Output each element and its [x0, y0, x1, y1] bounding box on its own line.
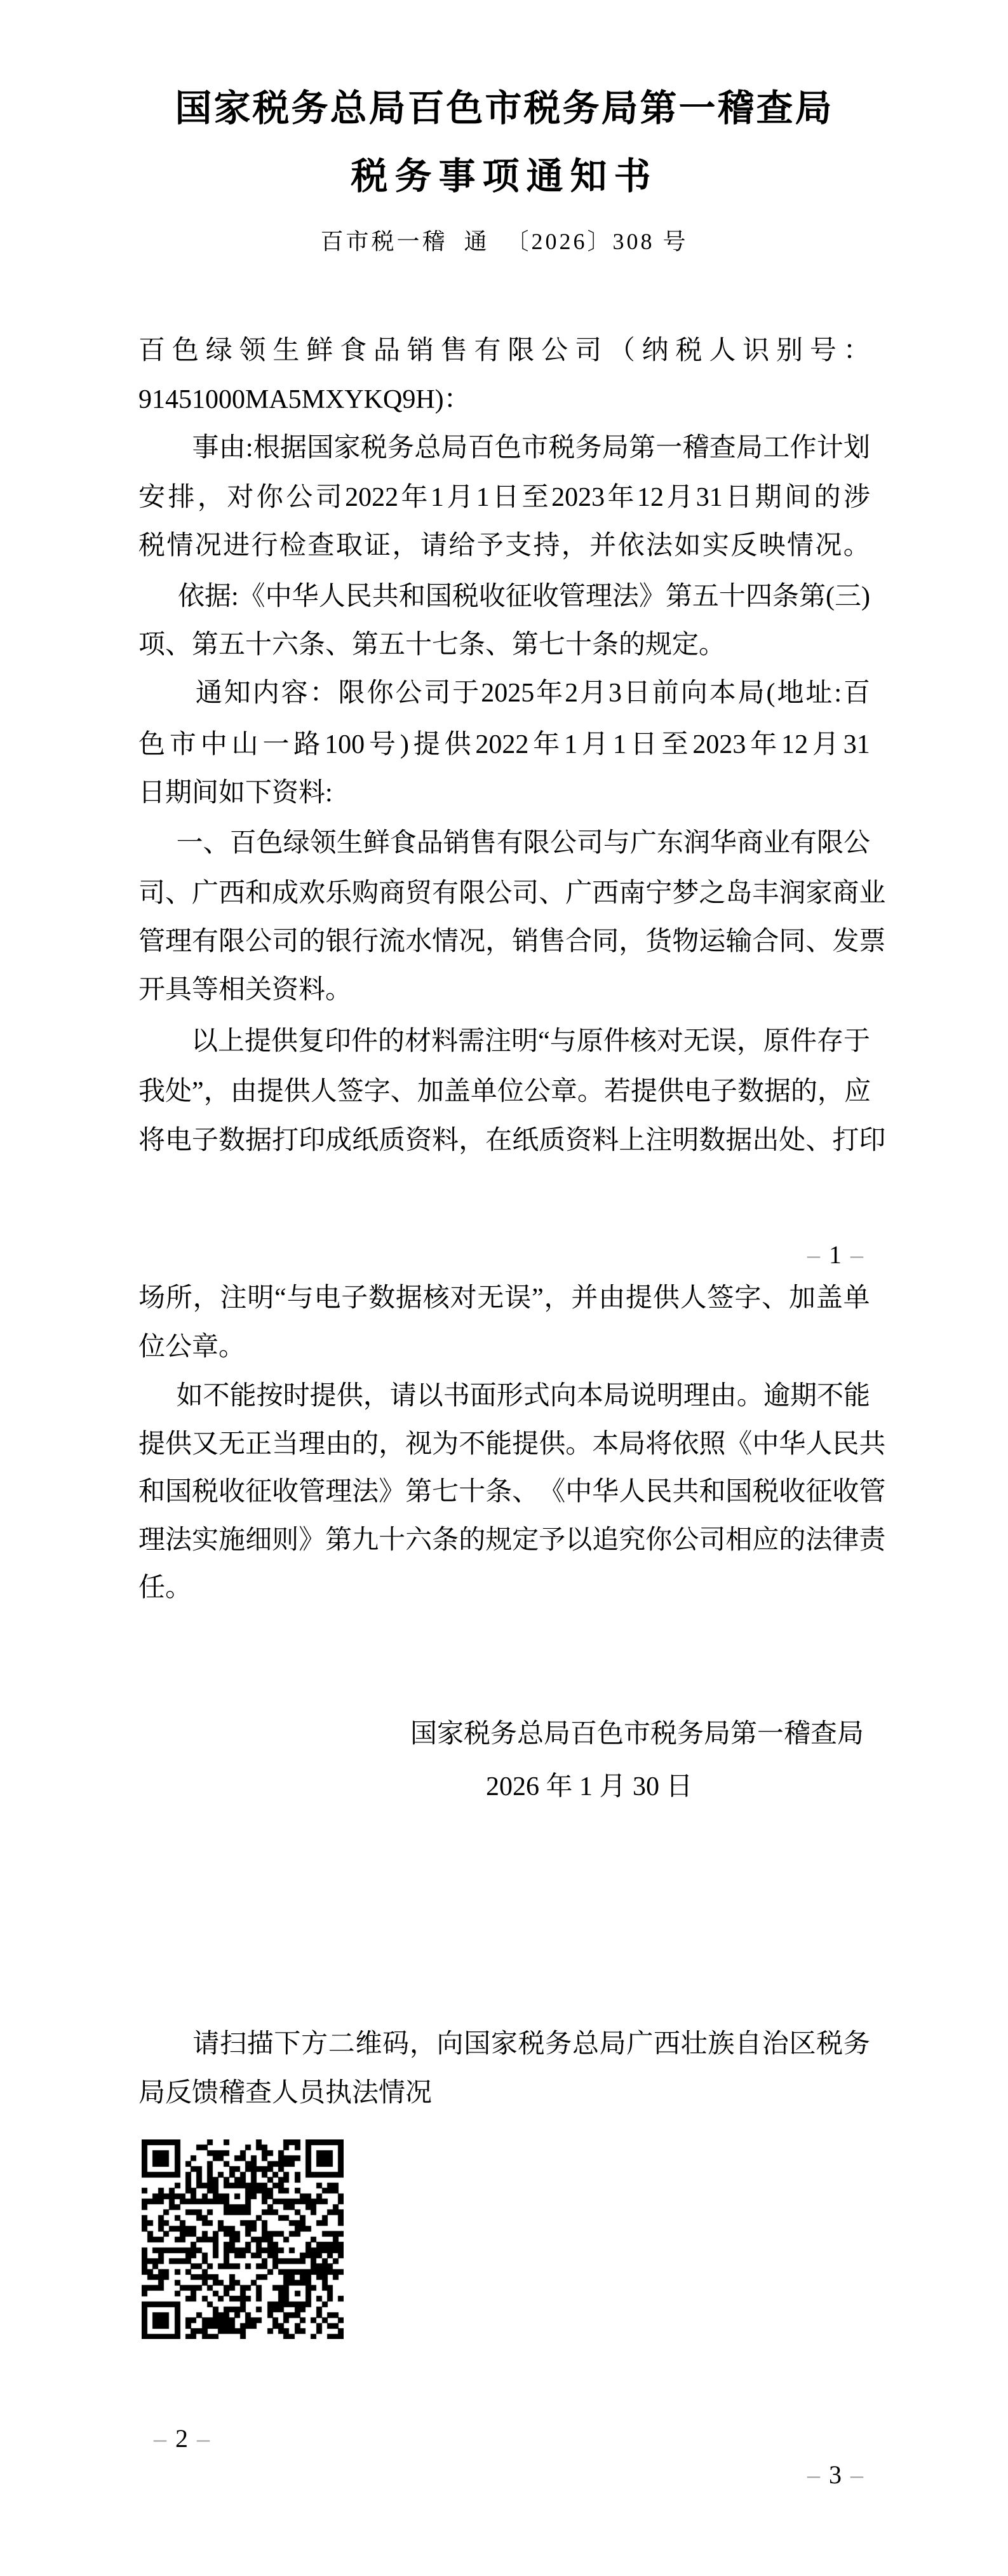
text-run: 件 [603, 1025, 630, 1058]
text-run: 规 [485, 1524, 512, 1557]
text-run: 存 [817, 1025, 843, 1058]
text-run: 同 [592, 925, 619, 958]
document-number: 百市税一稽 通 〔2026〕308 号 [138, 227, 870, 255]
text-run: 内 [253, 677, 279, 710]
indent-space [138, 2051, 165, 2052]
text-run: 容 [281, 677, 308, 710]
text-run: 国 [426, 580, 452, 613]
text-run: 公 [550, 827, 577, 860]
text-run: 国 [165, 1475, 192, 1508]
text-run: 以 [417, 1380, 443, 1413]
text-run: ， [198, 481, 224, 514]
text-run: 色 [495, 431, 521, 464]
text-run: 的 [459, 1524, 485, 1557]
indent-space [166, 2051, 192, 2052]
text-run: 维 [355, 2028, 382, 2061]
text-run: 治 [762, 2028, 789, 2061]
text-run: 材 [405, 1025, 431, 1058]
text-run: 章 [551, 1075, 577, 1108]
text-run: 运 [699, 925, 725, 958]
page-number-dash: – [850, 2460, 863, 2489]
text-run: 成 [325, 1124, 352, 1157]
text-run: 的 [378, 1025, 405, 1058]
text-run: ) [400, 728, 409, 761]
text-run: 民 [346, 580, 372, 613]
text-run: 绿 [283, 827, 310, 860]
text-run: 六 [405, 1524, 432, 1557]
text-run: 2 [565, 677, 578, 710]
text-run: 公 [524, 1075, 551, 1108]
text-run: 原 [577, 1025, 603, 1058]
text-run: 家 [334, 431, 361, 464]
indent-space [158, 850, 177, 851]
text-run: 依 [672, 1428, 699, 1461]
document-line: 91451000MA5MXYKQ9H)： [138, 383, 870, 416]
document-line: 位公章。 [138, 1331, 870, 1364]
indent-space [165, 1048, 191, 1050]
text-run: 共 [859, 1428, 885, 1461]
text-run: 你 [645, 1524, 672, 1557]
text-run: 据 [764, 1075, 791, 1108]
text-run: 31 [843, 728, 870, 761]
text-run: 能 [230, 1380, 257, 1413]
text-run: 局 [736, 431, 763, 464]
text-run: 供 [337, 1380, 363, 1413]
text-run: 司 [577, 827, 603, 860]
indent-space [138, 700, 165, 702]
text-run: 取 [336, 529, 363, 562]
text-run: 西 [592, 877, 619, 910]
text-run: “ [274, 1282, 286, 1315]
text-run: 》 [379, 1475, 405, 1508]
text-run: 东 [657, 827, 683, 860]
text-run: 、 [165, 877, 192, 910]
text-run: ， [561, 529, 588, 562]
indent-space [138, 604, 158, 605]
text-run: 有 [192, 925, 218, 958]
text-run: 局 [619, 1428, 645, 1461]
text-run: 明 [672, 1124, 699, 1157]
text-run: 由 [598, 1282, 625, 1315]
text-run: 司 [272, 925, 299, 958]
text-run: 则 [272, 1524, 299, 1557]
text-run: 欢 [299, 877, 325, 910]
page-number-2: –2– [128, 2424, 236, 2453]
text-run: 理 [165, 925, 192, 958]
text-run: 领 [310, 827, 337, 860]
text-run: 能 [485, 1428, 512, 1461]
text-run: 共 [672, 1475, 699, 1508]
text-run: 第 [666, 580, 692, 613]
text-run: 情 [787, 529, 814, 562]
page-number-value: 1 [820, 1240, 850, 1269]
text-run: 宁 [645, 877, 672, 910]
text-run: ” [532, 1282, 544, 1315]
text-run: 本 [577, 1380, 603, 1413]
text-run: 有 [474, 334, 501, 367]
text-run: 之 [699, 877, 725, 910]
text-run: 第 [629, 431, 655, 464]
text-run: 乐 [325, 877, 352, 910]
text-run: 位 [497, 1075, 524, 1108]
text-run: 。 [737, 1380, 763, 1413]
text-run: : [246, 431, 253, 464]
text-run: 物 [672, 925, 699, 958]
text-run: 根 [253, 431, 280, 464]
text-run: 无 [683, 1025, 710, 1058]
text-run: 鲜 [306, 334, 333, 367]
text-run: 况 [195, 529, 222, 562]
text-run: 有 [497, 827, 523, 860]
text-run: 百 [843, 677, 870, 710]
indent-space [167, 700, 194, 702]
text-run: 公 [245, 925, 272, 958]
text-run: 税 [548, 431, 575, 464]
text-run: 限 [459, 877, 485, 910]
text-run: 签 [337, 1075, 364, 1108]
text-run: 纳 [642, 334, 669, 367]
text-run: 号 [810, 334, 837, 367]
text-run: 场 [138, 1282, 165, 1315]
text-run: 第 [799, 580, 826, 613]
text-run: 我 [138, 1075, 165, 1108]
text-run: 贸 [405, 877, 432, 910]
text-run: ， [817, 1075, 844, 1108]
text-run: 人 [805, 1428, 832, 1461]
text-run: 局 [441, 431, 467, 464]
text-run: 查 [307, 529, 334, 562]
text-run: 料 [592, 1124, 619, 1157]
text-run: 司 [575, 334, 601, 367]
document-line: 安排，对你公司2022年1月1日至2023年12月31日期间的涉 [138, 481, 870, 514]
text-run: 提 [626, 1282, 652, 1315]
text-run: 司 [316, 481, 342, 514]
text-run: 地 [777, 677, 803, 710]
text-run: 生 [337, 827, 363, 860]
text-run: 别 [776, 334, 803, 367]
text-run: 华 [592, 1475, 619, 1508]
text-run: 公 [541, 334, 568, 367]
text-run: 至 [662, 728, 689, 761]
text-run: 限 [218, 925, 245, 958]
text-run: 一 [655, 431, 682, 464]
text-run: 加 [789, 1282, 816, 1315]
text-run: 年 [533, 728, 560, 761]
text-run: 税 [752, 1475, 779, 1508]
text-run: 质 [539, 1124, 565, 1157]
text-run: 电 [684, 1075, 711, 1108]
text-run: 据 [205, 580, 231, 613]
text-run: 予 [539, 1524, 565, 1557]
text-run: 市 [170, 728, 196, 761]
text-run: 提 [631, 1075, 657, 1108]
text-run: 责 [859, 1524, 885, 1557]
document-line: 和国税收征收管理法》第七十条、《中华人民共和国税收征收管 [138, 1475, 870, 1508]
text-run: 区 [789, 2028, 816, 2061]
text-run: 码 [382, 2028, 409, 2061]
text-run: 食 [340, 334, 366, 367]
text-run: 相 [725, 1524, 752, 1557]
text-run: 方 [301, 2028, 328, 2061]
document-line: 将电子数据打印成纸质资料，在纸质资料上注明数据出处、打印 [138, 1124, 870, 1157]
text-run: 的 [791, 1075, 817, 1108]
document-line: 一、百色绿领生鲜食品销售有限公司与广东润华商业有限公 [138, 827, 870, 860]
text-run: 识 [743, 334, 769, 367]
text-run: 给 [448, 529, 475, 562]
text-run: 华 [292, 580, 319, 613]
text-run: 润 [779, 877, 805, 910]
text-run: 鲜 [363, 827, 390, 860]
document-line: 提供又无正当理由的，视为不能提供。本局将依照《中华人民共 [138, 1428, 870, 1461]
text-run: 一 [177, 827, 203, 860]
text-run: 与 [287, 1282, 314, 1315]
text-run: 施 [218, 1524, 245, 1557]
text-run: 山 [232, 728, 259, 761]
text-run: 商 [379, 877, 405, 910]
text-run: 总 [414, 431, 441, 464]
text-run: 中 [565, 1475, 592, 1508]
text-run: 售 [470, 827, 497, 860]
text-run: 家 [491, 2028, 518, 2061]
text-run: 色 [138, 728, 165, 761]
text-run: 务 [843, 2028, 870, 2061]
text-run: 岛 [725, 877, 752, 910]
text-run: 收 [832, 1475, 859, 1508]
text-run: 华 [710, 827, 737, 860]
text-run: 子 [341, 1282, 368, 1315]
qr-code [142, 2139, 344, 2339]
page-number-dash: – [154, 2424, 166, 2453]
text-run: 件 [790, 1025, 817, 1058]
text-run: 、 [203, 827, 230, 860]
text-run: 如 [177, 1380, 203, 1413]
text-run: 月 [447, 481, 473, 514]
text-run: 税 [518, 2028, 545, 2061]
text-run: 向 [681, 677, 708, 710]
indent-space [138, 850, 158, 851]
text-run: 究 [619, 1524, 645, 1557]
text-run: 子 [711, 1075, 737, 1108]
text-run: 年 [401, 481, 427, 514]
text-run: 人 [680, 1282, 707, 1315]
text-run: 2023 [692, 728, 746, 761]
text-run: 实 [702, 529, 729, 562]
text-run: 月 [582, 728, 608, 761]
text-run: 日 [492, 481, 519, 514]
text-run: 中 [265, 580, 292, 613]
document-line: 我处”，由提供人签字、加盖单位公章。若提供电子数据的，应 [138, 1075, 870, 1108]
text-run: 西 [218, 877, 245, 910]
text-run: （ [608, 334, 635, 367]
text-run: 在 [485, 1124, 512, 1157]
text-run: 至 [522, 481, 549, 514]
text-run: 。 [843, 529, 870, 562]
text-run: 况 [815, 529, 842, 562]
text-run: 局 [600, 2028, 626, 2061]
text-run: 业 [859, 877, 885, 910]
text-run: 三 [835, 580, 861, 613]
text-run: 1 [564, 728, 577, 761]
text-run: 路 [293, 728, 320, 761]
text-run: 应 [752, 1524, 779, 1557]
text-run: 发 [832, 925, 859, 958]
text-run: 件 [351, 1025, 378, 1058]
text-run: 公 [843, 827, 870, 860]
text-run: 色 [257, 827, 283, 860]
text-run: 处 [779, 1124, 805, 1157]
text-run: ” [192, 1075, 204, 1108]
text-run: 需 [458, 1025, 485, 1058]
document-line: 司、广西和成欢乐购商贸有限公司、广西南宁梦之岛丰润家商业 [138, 877, 870, 910]
text-run: 你 [257, 481, 283, 514]
text-run: 司 [512, 877, 539, 910]
text-run: 以 [191, 1025, 218, 1058]
text-run: 情 [166, 529, 193, 562]
text-run: 说 [630, 1380, 657, 1413]
page-number-dash: – [807, 2460, 820, 2489]
text-run: ( [826, 580, 835, 613]
text-run: 的 [299, 925, 325, 958]
text-run: 由 [710, 1380, 737, 1413]
text-run: 数 [737, 1075, 764, 1108]
text-run: 第 [405, 1475, 432, 1508]
text-run: 形 [497, 1380, 523, 1413]
text-run: 日 [624, 677, 650, 710]
text-run: ， [410, 2028, 436, 2061]
text-run: 2022 [345, 481, 398, 514]
text-run: 合 [565, 925, 592, 958]
text-run: 资 [565, 1124, 592, 1157]
text-run: 收 [779, 1475, 805, 1508]
text-run: 纸 [512, 1124, 539, 1157]
text-run: 间 [784, 481, 811, 514]
text-run: 税 [192, 1475, 218, 1508]
document-line: 日期间如下资料: [138, 776, 870, 810]
page-number-value: 2 [166, 2424, 197, 2453]
text-run: 购 [352, 877, 379, 910]
text-run: 有 [432, 877, 459, 910]
text-run: 梦 [672, 877, 699, 910]
text-run: 公 [395, 677, 422, 710]
text-run: 、 [539, 877, 565, 910]
text-run: 法 [165, 1524, 192, 1557]
document-line: 依据:《中华人民共和国税收征收管理法》第五十四条第(三) [138, 580, 870, 613]
text-run: 、 [512, 1475, 539, 1508]
document-type-title: 税务事项通知书 [138, 156, 870, 197]
document-line: 项、第五十六条、第五十七条、第七十条的规定。 [138, 628, 870, 661]
text-run: 复 [298, 1025, 325, 1058]
text-run: 法 [612, 580, 639, 613]
text-run: ， [363, 1380, 390, 1413]
text-run: 数 [368, 1282, 395, 1315]
text-run: 式 [523, 1380, 550, 1413]
text-run: 2022 [475, 728, 528, 761]
text-run: 以 [565, 1524, 592, 1557]
text-run: 管 [559, 580, 586, 613]
text-run: 字 [734, 1282, 761, 1315]
text-run: 广 [630, 827, 657, 860]
text-run: 征 [245, 1475, 272, 1508]
indent-space [158, 604, 178, 605]
text-run: 。 [577, 1075, 604, 1108]
text-run: 提 [257, 1075, 284, 1108]
text-run: 法 [805, 1524, 832, 1557]
text-run: 税 [816, 2028, 843, 2061]
text-run: 100 [325, 728, 365, 761]
text-run: 原 [763, 1025, 790, 1058]
text-run: 家 [805, 877, 832, 910]
text-run: 润 [683, 827, 710, 860]
text-run: 加 [417, 1075, 444, 1108]
text-run: 如 [674, 529, 701, 562]
text-run: : [231, 580, 239, 613]
text-run: 《 [239, 580, 265, 613]
text-run: 于 [452, 677, 479, 710]
text-run: 和 [138, 1475, 165, 1508]
text-run: 扫 [220, 2028, 246, 2061]
text-run: 华 [779, 1428, 805, 1461]
text-run: 限 [507, 334, 534, 367]
text-run: 限 [339, 677, 365, 710]
text-run: 人 [709, 334, 736, 367]
text-run: 生 [272, 334, 299, 367]
document-line: 色市中山一路100号)提供2022年1月1日至2023年12月31 [138, 728, 870, 761]
text-run: 的 [814, 481, 841, 514]
document-line: 事由:根据国家税务总局百色市税务局第一稽查局工作计划 [138, 431, 870, 464]
text-run: 人 [311, 1075, 337, 1108]
document-line: 税情况进行检查取证，请给予支持，并依法如实反映情况。 [138, 529, 870, 562]
text-run: 条 [432, 1524, 459, 1557]
text-run: 公 [485, 877, 512, 910]
page-number-dash: – [197, 2424, 210, 2453]
text-run: 品 [373, 334, 400, 367]
text-run: 、 [762, 1282, 788, 1315]
text-run: ： [310, 677, 337, 710]
text-run: 七 [432, 1475, 459, 1508]
text-run: 百 [230, 827, 257, 860]
text-run: 1 [613, 728, 626, 761]
text-run: 本 [592, 1428, 619, 1461]
text-run: 南 [619, 877, 645, 910]
text-run: 人 [619, 1475, 645, 1508]
text-run: 理 [586, 580, 612, 613]
text-run: 据 [396, 1282, 422, 1315]
text-run: 注 [485, 1025, 511, 1058]
text-run: 依 [618, 529, 645, 562]
text-run: 你 [366, 677, 393, 710]
text-run: 1 [476, 481, 490, 514]
text-run: 供 [657, 1075, 684, 1108]
text-run: 本 [709, 677, 736, 710]
text-run: 、 [805, 1124, 832, 1157]
text-run: 理 [299, 1428, 325, 1461]
text-run: 不 [203, 1380, 230, 1413]
indent-space [158, 1403, 177, 1404]
document-line: 理法实施细则》第九十六条的规定予以追究你公司相应的法律责 [138, 1524, 870, 1557]
text-run: 。 [565, 1428, 592, 1461]
text-run: 字 [364, 1075, 391, 1108]
text-run: 法 [646, 529, 673, 562]
text-run: 应 [844, 1075, 871, 1108]
text-run: 视 [405, 1428, 432, 1461]
text-run: 按 [257, 1380, 283, 1413]
text-run: 并 [589, 529, 616, 562]
text-run: 公 [672, 1524, 699, 1557]
text-run: 征 [805, 1475, 832, 1508]
text-run: 依 [178, 580, 205, 613]
text-run: 自 [735, 2028, 762, 2061]
text-run: 税 [452, 580, 479, 613]
